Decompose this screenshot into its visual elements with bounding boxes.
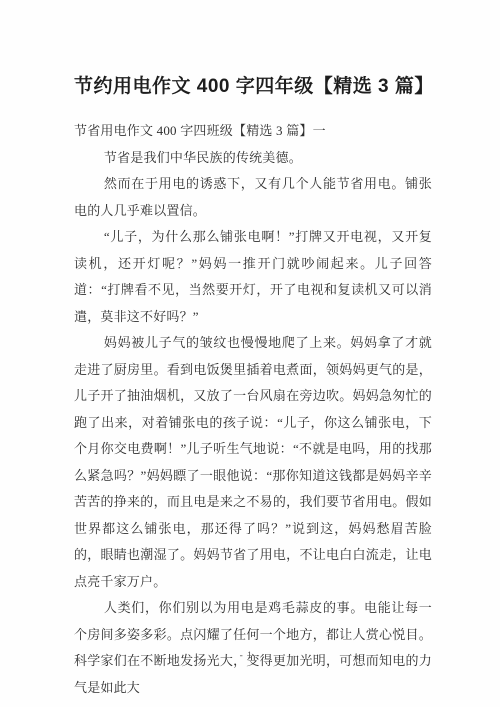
page-number: - 1 - xyxy=(0,649,500,663)
paragraph: 妈妈被儿子气的皱纹也慢慢地爬了上来。妈妈拿了才就走进了厨房里。看到电饭煲里插着电… xyxy=(74,330,432,595)
paragraph: 节省是我们中华民族的传统美德。 xyxy=(74,145,432,172)
paragraph: “儿子，为什么那么铺张电啊！”打牌又开电视，又开复读机，还开灯呢？”妈妈一推开门… xyxy=(74,224,432,330)
document-content: 节约用电作文 400 字四年级【精选 3 篇】 节省用电作文 400 字四班级【… xyxy=(74,0,432,701)
paragraphs: 节省是我们中华民族的传统美德。然而在于用电的诱惑下，又有几个人能节省用电。铺张电… xyxy=(74,145,432,702)
paragraph: 然而在于用电的诱惑下，又有几个人能节省用电。铺张电的人几乎难以置信。 xyxy=(74,171,432,224)
paragraph: 人类们，你们别以为用电是鸡毛蒜皮的事。电能让每一个房间多姿多彩。点闪耀了任何一个… xyxy=(74,595,432,701)
essay-body: 节省用电作文 400 字四班级【精选 3 篇】一 节省是我们中华民族的传统美德。… xyxy=(74,118,432,701)
essay-subtitle: 节省用电作文 400 字四班级【精选 3 篇】一 xyxy=(74,118,432,145)
document-page: 节约用电作文 400 字四年级【精选 3 篇】 节省用电作文 400 字四班级【… xyxy=(0,0,500,707)
page-title: 节约用电作文 400 字四年级【精选 3 篇】 xyxy=(74,72,432,102)
